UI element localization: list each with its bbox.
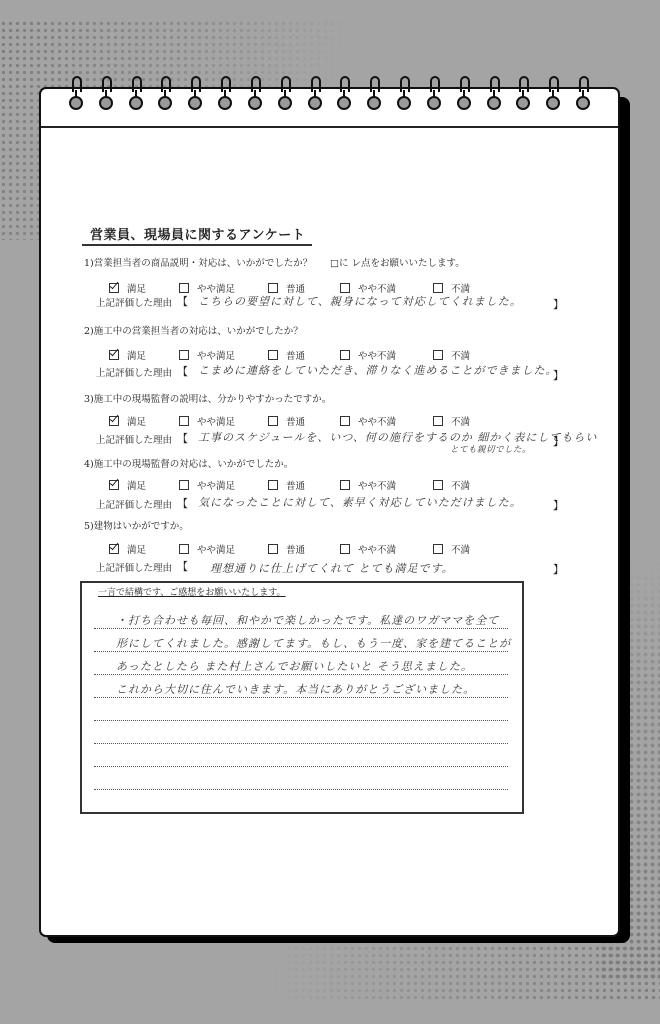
- rating-option[interactable]: 不満: [433, 348, 470, 362]
- option-label: 満足: [127, 417, 146, 428]
- bracket-open: 【: [177, 430, 188, 446]
- question-text: 1)営業担当者の商品説明・対応は、いかがでしたか？: [84, 255, 312, 269]
- rating-option[interactable]: 普通: [268, 414, 305, 428]
- option-label: 満足: [127, 284, 146, 295]
- comment-dotted-line: [94, 674, 508, 675]
- option-label: 普通: [286, 284, 305, 295]
- option-label: やや不満: [358, 351, 396, 362]
- question-text: 5)建物はいかがですか。: [84, 518, 189, 532]
- option-label: やや満足: [197, 545, 235, 556]
- checkbox-icon[interactable]: [268, 416, 278, 426]
- option-label: 普通: [286, 481, 305, 492]
- option-label: やや満足: [197, 417, 235, 428]
- rating-option[interactable]: 普通: [268, 542, 305, 556]
- option-label: 不満: [451, 284, 470, 295]
- bracket-close: 】: [553, 367, 564, 383]
- comment-title: 一言で結構です、ご感想をお願いいたします。: [98, 585, 286, 598]
- option-label: 満足: [127, 481, 146, 492]
- rating-option[interactable]: 満足: [109, 542, 146, 556]
- rating-option[interactable]: やや満足: [179, 542, 235, 556]
- rating-option[interactable]: 不満: [433, 542, 470, 556]
- checkbox-icon[interactable]: [340, 350, 350, 360]
- option-label: やや満足: [197, 284, 235, 295]
- option-label: やや不満: [358, 545, 396, 556]
- bracket-open: 【: [177, 293, 188, 309]
- rating-option[interactable]: 不満: [433, 478, 470, 492]
- checkbox-instruction: □に レ点をお願いいたします。: [330, 255, 465, 269]
- checkbox-icon[interactable]: [179, 480, 189, 490]
- option-label: 普通: [286, 417, 305, 428]
- rating-option[interactable]: 満足: [109, 281, 146, 295]
- checkbox-icon[interactable]: [268, 283, 278, 293]
- option-label: 不満: [451, 351, 470, 362]
- option-label: 満足: [127, 545, 146, 556]
- rating-option[interactable]: やや不満: [340, 414, 396, 428]
- rating-option[interactable]: やや満足: [179, 348, 235, 362]
- comment-dotted-line: [94, 628, 508, 629]
- bracket-open: 【: [177, 363, 188, 379]
- checkbox-icon[interactable]: [268, 480, 278, 490]
- reason-label: 上記評価した理由: [96, 295, 172, 309]
- checkbox-icon[interactable]: [179, 544, 189, 554]
- rating-option[interactable]: やや満足: [179, 478, 235, 492]
- reason-answer: 理想通りに仕上げてくれて とても満足です。: [210, 560, 454, 576]
- reason-answer: こまめに連絡をしていただき、滞りなく進めることができました。: [198, 362, 558, 378]
- question-text: 2)施工中の営業担当者の対応は、いかがでしたか？: [84, 323, 303, 337]
- option-label: やや満足: [197, 481, 235, 492]
- reason-label: 上記評価した理由: [96, 497, 172, 511]
- survey-title: 営業員、現場員に関するアンケート: [82, 224, 312, 246]
- rating-option[interactable]: やや不満: [340, 348, 396, 362]
- checkbox-icon[interactable]: [268, 350, 278, 360]
- checkbox-icon[interactable]: [268, 544, 278, 554]
- option-label: やや不満: [358, 417, 396, 428]
- rating-option[interactable]: 普通: [268, 348, 305, 362]
- comment-box: 一言で結構です、ご感想をお願いいたします。 ・打ち合わせも毎回、和やかで楽しかっ…: [80, 581, 524, 814]
- option-label: 不満: [451, 481, 470, 492]
- bracket-close: 】: [553, 433, 564, 449]
- option-label: 普通: [286, 545, 305, 556]
- halftone-pattern-bottom: [265, 945, 660, 1000]
- rating-option[interactable]: 普通: [268, 478, 305, 492]
- checkbox-icon[interactable]: [433, 480, 443, 490]
- reason-label: 上記評価した理由: [96, 432, 172, 446]
- checkbox-icon[interactable]: [433, 283, 443, 293]
- reason-answer: こちらの要望に対して、親身になって対応してくれました。: [198, 293, 522, 309]
- checkbox-checked-icon[interactable]: [109, 544, 119, 554]
- checkbox-icon[interactable]: [433, 544, 443, 554]
- checkbox-checked-icon[interactable]: [109, 283, 119, 293]
- rating-option[interactable]: やや不満: [340, 281, 396, 295]
- reason-answer: 気になったことに対して、素早く対応していただけました。: [198, 494, 522, 510]
- option-label: やや満足: [197, 351, 235, 362]
- bracket-close: 】: [553, 497, 564, 513]
- checkbox-checked-icon[interactable]: [109, 416, 119, 426]
- checkbox-icon[interactable]: [179, 350, 189, 360]
- rating-option[interactable]: 普通: [268, 281, 305, 295]
- comment-handwritten-line: 形にしてくれました。感謝してます。もし、もう一度、家を建てることが: [116, 635, 511, 651]
- option-label: 満足: [127, 351, 146, 362]
- bracket-open: 【: [177, 495, 188, 511]
- comment-dotted-line: [94, 697, 508, 698]
- reason-answer-continued: とても親切でした。: [450, 443, 531, 455]
- rating-option[interactable]: 満足: [109, 478, 146, 492]
- option-label: 不満: [451, 545, 470, 556]
- checkbox-checked-icon[interactable]: [109, 350, 119, 360]
- rating-option[interactable]: 満足: [109, 414, 146, 428]
- rating-option[interactable]: やや満足: [179, 414, 235, 428]
- reason-label: 上記評価した理由: [96, 560, 172, 574]
- question-text: 3)施工中の現場監督の説明は、分かりやすかったですか。: [84, 391, 331, 405]
- checkbox-icon[interactable]: [340, 416, 350, 426]
- checkbox-icon[interactable]: [340, 544, 350, 554]
- comment-dotted-line: [94, 743, 508, 744]
- option-label: やや不満: [358, 284, 396, 295]
- rating-option[interactable]: 不満: [433, 414, 470, 428]
- rating-option[interactable]: 満足: [109, 348, 146, 362]
- reason-answer: 工事のスケジュールを、いつ、何の施行をするのか 細かく表にしてもらい: [198, 429, 597, 445]
- comment-dotted-line: [94, 720, 508, 721]
- checkbox-icon[interactable]: [433, 416, 443, 426]
- reason-label: 上記評価した理由: [96, 365, 172, 379]
- checkbox-icon[interactable]: [340, 283, 350, 293]
- comment-handwritten-line: ・打ち合わせも毎回、和やかで楽しかったです。私達のワガママを全て: [116, 612, 499, 628]
- checkbox-checked-icon[interactable]: [109, 480, 119, 490]
- page-header-divider: [41, 126, 618, 128]
- option-label: 不満: [451, 417, 470, 428]
- rating-option[interactable]: やや不満: [340, 478, 396, 492]
- question-text: 4)施工中の現場監督の対応は、いかがでしたか。: [84, 456, 293, 470]
- comment-handwritten-line: これから大切に住んでいきます。本当にありがとうございました。: [116, 681, 475, 697]
- checkbox-icon[interactable]: [433, 350, 443, 360]
- bracket-close: 】: [553, 296, 564, 312]
- rating-option[interactable]: 不満: [433, 281, 470, 295]
- comment-dotted-line: [94, 789, 508, 790]
- checkbox-icon[interactable]: [179, 283, 189, 293]
- checkbox-icon[interactable]: [340, 480, 350, 490]
- option-label: 普通: [286, 351, 305, 362]
- comment-dotted-line: [94, 651, 508, 652]
- comment-dotted-line: [94, 766, 508, 767]
- option-label: やや不満: [358, 481, 396, 492]
- rating-option[interactable]: やや満足: [179, 281, 235, 295]
- comment-handwritten-line: あったとしたら また村上さんでお願いしたいと そう思えました。: [116, 658, 473, 674]
- bracket-open: 【: [177, 558, 188, 574]
- bracket-close: 】: [553, 561, 564, 577]
- checkbox-icon[interactable]: [179, 416, 189, 426]
- rating-option[interactable]: やや不満: [340, 542, 396, 556]
